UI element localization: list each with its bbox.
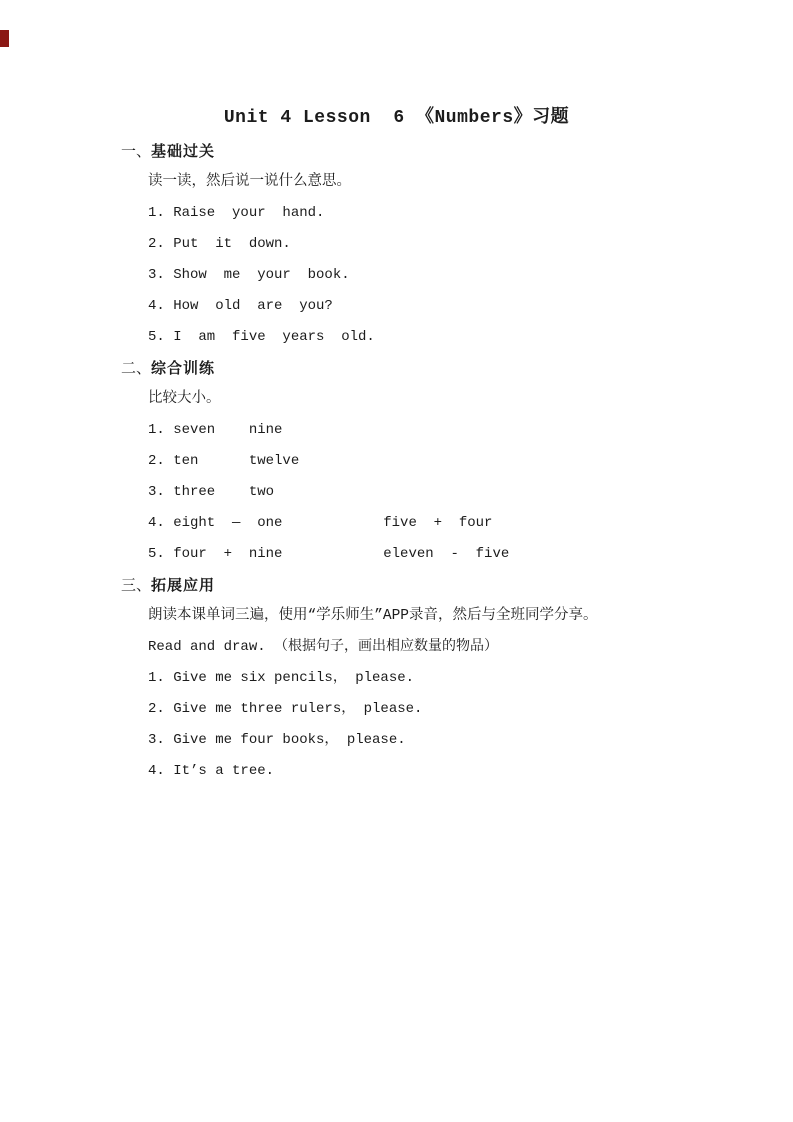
exercise-item: 4. It’s a tree. — [148, 756, 793, 787]
exercise-item: 3. Show me your book. — [148, 260, 793, 291]
exercise-item: 5. I am five years old. — [148, 322, 793, 353]
worksheet-page: Unit 4 Lesson 6 《Numbers》习题 一、基础过关 读一读，然… — [0, 0, 793, 1122]
section-extension-instruction: 朗读本课单词三遍，使用“学乐师生”APP录音，然后与全班同学分享。 — [148, 601, 793, 632]
section-basics-number: 一、 — [121, 144, 151, 160]
section-basics: 一、基础过关 读一读，然后说一说什么意思。 1. Raise your hand… — [0, 136, 793, 353]
section-comprehensive-instruction: 比较大小。 — [148, 384, 793, 415]
section-comprehensive-heading: 二、综合训练 — [121, 353, 793, 384]
left-edge-red-mark — [0, 30, 9, 47]
section-extension-instruction2: Read and draw. （根据句子，画出相应数量的物品） — [148, 632, 793, 663]
exercise-item: 2. Put it down. — [148, 229, 793, 260]
exercise-item: 1. Raise your hand. — [148, 198, 793, 229]
section-extension-number: 三、 — [121, 578, 151, 594]
section-comprehensive: 二、综合训练 比较大小。 1. seven nine 2. ten twelve… — [0, 353, 793, 570]
exercise-item: 2. Give me three rulers， please. — [148, 694, 793, 725]
section-extension-heading: 三、拓展应用 — [121, 570, 793, 601]
exercise-item: 1. Give me six pencils， please. — [148, 663, 793, 694]
section-comprehensive-number: 二、 — [121, 361, 151, 377]
exercise-item: 4. eight — one five + four — [148, 508, 793, 539]
exercise-item: 3. Give me four books， please. — [148, 725, 793, 756]
section-basics-heading: 一、基础过关 — [121, 136, 793, 167]
section-basics-instruction: 读一读，然后说一说什么意思。 — [148, 167, 793, 198]
exercise-item: 3. three two — [148, 477, 793, 508]
section-extension: 三、拓展应用 朗读本课单词三遍，使用“学乐师生”APP录音，然后与全班同学分享。… — [0, 570, 793, 787]
exercise-item: 4. How old are you? — [148, 291, 793, 322]
section-extension-title: 拓展应用 — [151, 577, 215, 594]
section-basics-title: 基础过关 — [151, 143, 215, 160]
exercise-item: 2. ten twelve — [148, 446, 793, 477]
section-comprehensive-title: 综合训练 — [151, 360, 215, 377]
exercise-item: 1. seven nine — [148, 415, 793, 446]
exercise-item: 5. four + nine eleven - five — [148, 539, 793, 570]
page-title: Unit 4 Lesson 6 《Numbers》习题 — [0, 100, 793, 136]
